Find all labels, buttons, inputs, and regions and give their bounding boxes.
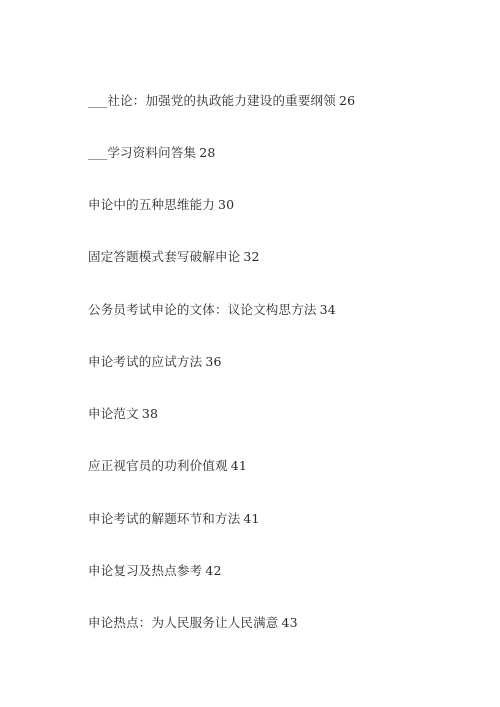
toc-entry-title: ___学习资料问答集 <box>88 145 196 160</box>
toc-entry[interactable]: 申论考试的应试方法36 <box>88 354 222 370</box>
toc-entry-title: 申论热点：为人民服务让人民满意 <box>88 615 279 630</box>
toc-entry-page: 43 <box>282 615 298 630</box>
toc-entry-title: ___社论：加强党的执政能力建设的重要纲领 <box>88 93 336 108</box>
toc-entry-page: 41 <box>243 511 259 526</box>
toc-entry[interactable]: 申论考试的解题环节和方法41 <box>88 511 260 527</box>
toc-entry[interactable]: 应正视官员的功利价值观41 <box>88 458 247 474</box>
toc-entry-page: 30 <box>218 197 234 212</box>
toc-entry-page: 26 <box>339 93 355 108</box>
toc-entry-title: 固定答题模式套写破解申论 <box>88 249 240 264</box>
toc-entry-title: 申论中的五种思维能力 <box>88 197 215 212</box>
toc-entry-title: 公务员考试申论的文体：议论文构思方法 <box>88 302 317 317</box>
toc-entry-title: 申论范文 <box>88 406 139 421</box>
toc-entry[interactable]: 固定答题模式套写破解申论32 <box>88 249 260 265</box>
toc-entry-page: 41 <box>231 458 247 473</box>
toc-entry-title: 申论考试的解题环节和方法 <box>88 511 240 526</box>
toc-entry[interactable]: 申论范文38 <box>88 406 158 422</box>
toc-entry[interactable]: ___学习资料问答集28 <box>88 145 216 161</box>
toc-entry-page: 34 <box>320 302 336 317</box>
toc-entry-title: 申论考试的应试方法 <box>88 354 202 369</box>
toc-entry-title: 申论复习及热点参考 <box>88 563 202 578</box>
toc-entry-page: 38 <box>142 406 158 421</box>
toc-entry-page: 42 <box>205 563 221 578</box>
toc-entry[interactable]: 公务员考试申论的文体：议论文构思方法34 <box>88 302 336 318</box>
toc-entry[interactable]: 申论中的五种思维能力30 <box>88 197 234 213</box>
toc-entry-page: 36 <box>205 354 221 369</box>
toc-entry[interactable]: 申论复习及热点参考42 <box>88 563 222 579</box>
toc-entry[interactable]: ___社论：加强党的执政能力建设的重要纲领26 <box>88 93 355 109</box>
toc-entry[interactable]: 申论热点：为人民服务让人民满意43 <box>88 615 298 631</box>
toc-entry-page: 32 <box>243 249 259 264</box>
toc-entry-page: 28 <box>199 145 215 160</box>
toc-entry-title: 应正视官员的功利价值观 <box>88 458 228 473</box>
